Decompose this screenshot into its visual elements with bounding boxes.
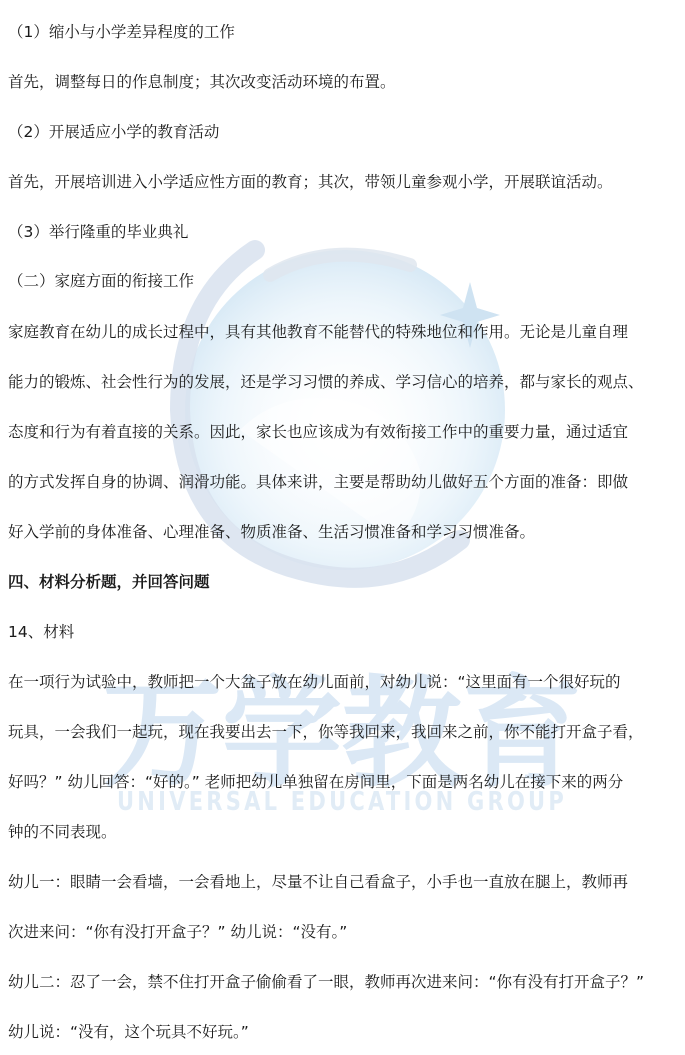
part-heading: 四、材料分析题，并回答问题	[8, 572, 210, 592]
material-line: 好吗？” 幼儿回答：“好的。” 老师把幼儿单独留在房间里，下面是两名幼儿在接下来…	[8, 772, 623, 792]
material-line: 玩具，一会我们一起玩，现在我要出去一下，你等我回来，我回来之前，你不能打开盒子看…	[8, 722, 644, 742]
paragraph-line: 家庭教育在幼儿的成长过程中，具有其他教育不能替代的特殊地位和作用。无论是儿童自理	[8, 322, 628, 342]
material-line: 钟的不同表现。	[8, 822, 117, 842]
child-two-line: 幼儿二：忍了一会，禁不住打开盒子偷偷看了一眼，教师再次进来问：“你有没有打开盒子…	[8, 972, 644, 992]
subheading-line: （3）举行隆重的毕业典礼	[8, 222, 188, 242]
subheading-line: （1）缩小与小学差异程度的工作	[8, 22, 235, 42]
paragraph-line: 首先，调整每日的作息制度；其次改变活动环境的布置。	[8, 72, 396, 92]
subheading-line: （2）开展适应小学的教育活动	[8, 122, 219, 142]
paragraph-line: 好入学前的身体准备、心理准备、物质准备、生活习惯准备和学习习惯准备。	[8, 522, 535, 542]
paragraph-line: 能力的锻炼、社会性行为的发展，还是学习习惯的养成、学习信心的培养，都与家长的观点…	[8, 372, 644, 392]
paragraph-line: 态度和行为有着直接的关系。因此，家长也应该成为有效衔接工作中的重要力量，通过适宜	[8, 422, 628, 442]
child-two-line: 幼儿说：“没有，这个玩具不好玩。”	[8, 1022, 249, 1042]
material-line: 在一项行为试验中，教师把一个大盆子放在幼儿面前，对幼儿说：“这里面有一个很好玩的	[8, 672, 621, 692]
question-number: 14、材料	[8, 622, 74, 642]
paragraph-line: 首先，开展培训进入小学适应性方面的教育；其次，带领儿童参观小学，开展联谊活动。	[8, 172, 613, 192]
child-one-line: 幼儿一：眼睛一会看墙，一会看地上，尽量不让自己看盒子，小手也一直放在腿上，教师再	[8, 872, 628, 892]
paragraph-line: 的方式发挥自身的协调、润滑功能。具体来讲，主要是帮助幼儿做好五个方面的准备：即做	[8, 472, 628, 492]
child-one-line: 次进来问：“你有没打开盒子？” 幼儿说：“没有。”	[8, 922, 347, 942]
section-heading-line: （二）家庭方面的衔接工作	[8, 271, 194, 291]
